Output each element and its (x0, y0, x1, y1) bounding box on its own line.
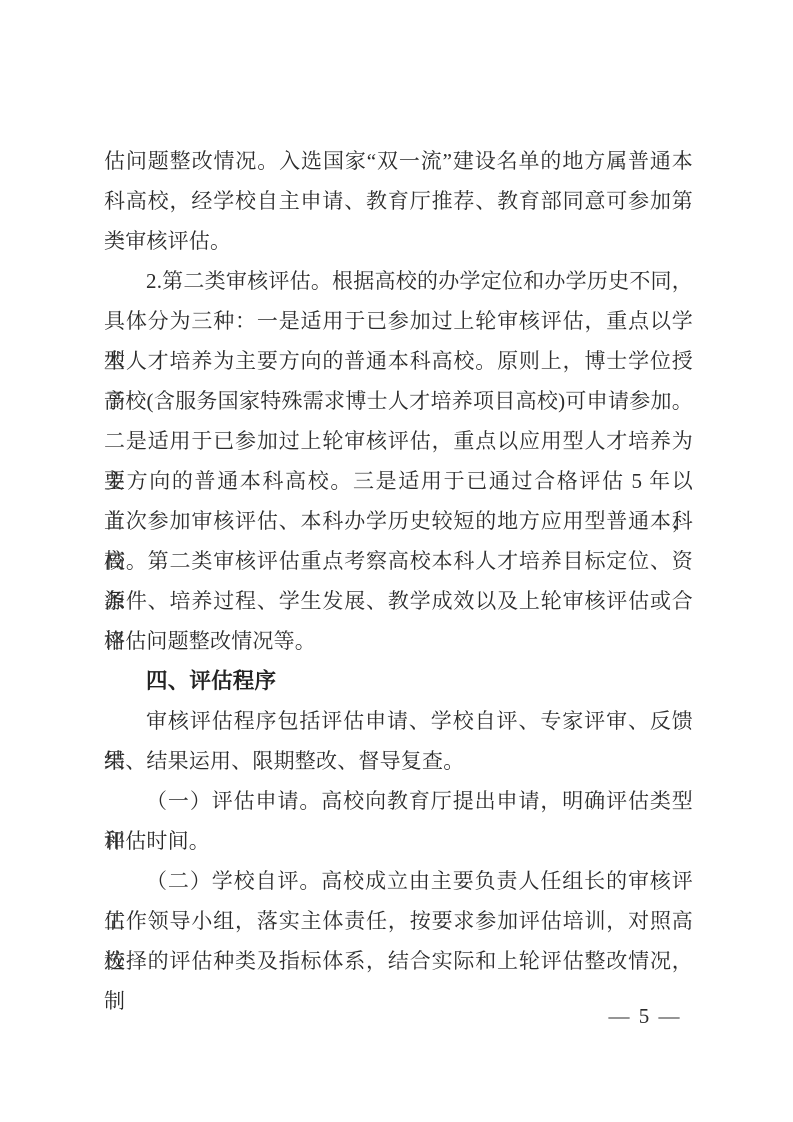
text-line: 2.第二类审核评估。根据高校的办学定位和办学历史不同， (104, 261, 693, 301)
text-line: （二）学校自评。高校成立由主要负责人任组长的审核评估 (104, 861, 693, 901)
text-line: 评估时间。 (104, 821, 693, 861)
text-line: 评估问题整改情况等。 (104, 621, 693, 661)
text-line: 高校(含服务国家特殊需求博士人才培养项目高校)可申请参加。 (104, 381, 693, 421)
text-line: 具体分为三种：一是适用于已参加过上轮审核评估，重点以学术 (104, 301, 693, 341)
text-line: 要方向的普通本科高校。三是适用于已通过合格评估 5 年以上， (104, 461, 693, 501)
text-line: （一）评估申请。高校向教育厅提出申请，明确评估类型和 (104, 781, 693, 821)
text-line: 类审核评估。 (104, 221, 693, 261)
text-line: 估问题整改情况。入选国家“双一流”建设名单的地方属普通本 (104, 141, 693, 181)
text-line: 科高校，经学校自主申请、教育厅推荐、教育部同意可参加第一 (104, 181, 693, 221)
text-line: 校。第二类审核评估重点考察高校本科人才培养目标定位、资源 (104, 541, 693, 581)
text-line: 型人才培养为主要方向的普通本科高校。原则上，博士学位授予 (104, 341, 693, 381)
section-heading: 四、评估程序 (104, 661, 693, 701)
text-line: 首次参加审核评估、本科办学历史较短的地方应用型普通本科高 (104, 501, 693, 541)
page-number: — 5 — (600, 1000, 690, 1032)
text-line: 审核评估程序包括评估申请、学校自评、专家评审、反馈结 (104, 701, 693, 741)
text-line: 工作领导小组，落实主体责任，按要求参加评估培训，对照高校 (104, 901, 693, 941)
text-line: 二是适用于已参加过上轮审核评估，重点以应用型人才培养为主 (104, 421, 693, 461)
document-page: { "document": { "lines": [ "估问题整改情况。入选国家… (0, 0, 793, 1122)
page-sheet: 估问题整改情况。入选国家“双一流”建设名单的地方属普通本 科高校，经学校自主申请… (0, 0, 793, 1122)
text-line: 选择的评估种类及指标体系，结合实际和上轮评估整改情况，制 (104, 941, 693, 981)
text-line: 条件、培养过程、学生发展、教学成效以及上轮审核评估或合格 (104, 581, 693, 621)
document-body: 估问题整改情况。入选国家“双一流”建设名单的地方属普通本 科高校，经学校自主申请… (104, 141, 693, 981)
text-line: 果、结果运用、限期整改、督导复查。 (104, 741, 693, 781)
